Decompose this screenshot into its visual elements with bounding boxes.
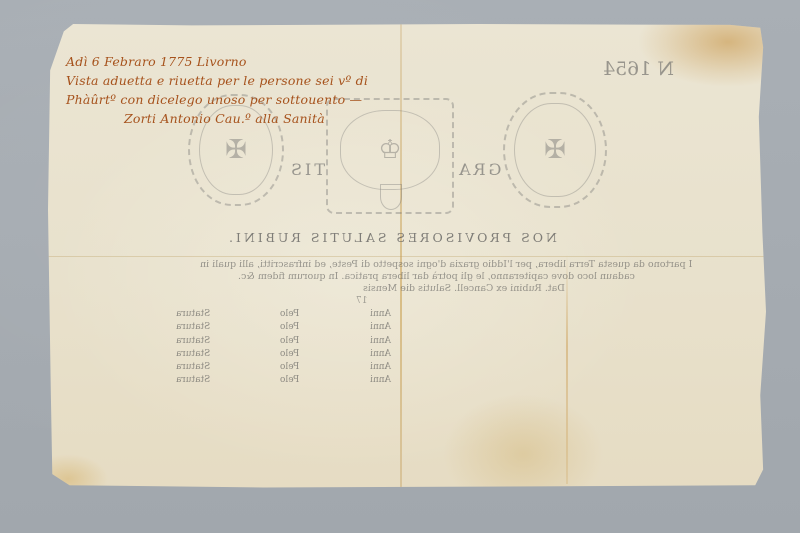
seal-right-figure-icon: ✠ bbox=[514, 103, 596, 197]
cross-shield-icon bbox=[380, 184, 402, 210]
printed-body-line-1: I partono da questa Terra libera, per l'… bbox=[200, 259, 692, 270]
table-row: Statura Pelo Anni bbox=[176, 336, 391, 349]
handwritten-annotation: Adì 6 Febraro 1775 Livorno Vista aduetta… bbox=[66, 52, 368, 128]
seal-text-tis: TIS bbox=[288, 160, 325, 179]
table-row: Statura Pelo Anni bbox=[176, 309, 391, 322]
printed-body-line-3: Dat. Rubini ex Cancell. Salutis die Mens… bbox=[363, 283, 565, 294]
handwriting-line-1: Adì 6 Febraro 1775 Livorno bbox=[66, 52, 368, 71]
table-row: Statura Pelo Anni bbox=[176, 362, 391, 375]
handwriting-signature: Zorti Antonio Cau.º alla Sanità bbox=[66, 109, 368, 128]
fold-stain bbox=[566, 254, 568, 484]
document-sheet: ✠ ♔ ✠ TIS GRA N 1654 NOS PROVISORES SALU… bbox=[48, 24, 766, 488]
printed-body-line-2: cadaun loco dove capiteranno, le gli pot… bbox=[238, 271, 635, 282]
document-number: N 1654 bbox=[603, 58, 674, 80]
horizontal-fold-line bbox=[48, 256, 766, 257]
table-row: Statura Pelo Anni bbox=[176, 322, 391, 335]
table-row: Statura Pelo Anni bbox=[176, 349, 391, 362]
traveler-description-table: Statura Pelo Anni Statura Pelo Anni Stat… bbox=[176, 309, 391, 389]
seal-text-gra: GRA bbox=[456, 160, 501, 179]
printed-year: 17 bbox=[356, 296, 367, 306]
printed-title: NOS PROVISORES SALUTIS RUBINI. bbox=[226, 230, 557, 245]
table-row: Statura Pelo Anni bbox=[176, 375, 391, 388]
seal-right-saint-icon: ✠ bbox=[503, 92, 607, 208]
handwriting-line-2: Vista aduetta e riuetta per le persone s… bbox=[66, 71, 368, 90]
handwriting-line-3: Phàûrtº con dicelego unoso per sottouent… bbox=[66, 90, 368, 109]
